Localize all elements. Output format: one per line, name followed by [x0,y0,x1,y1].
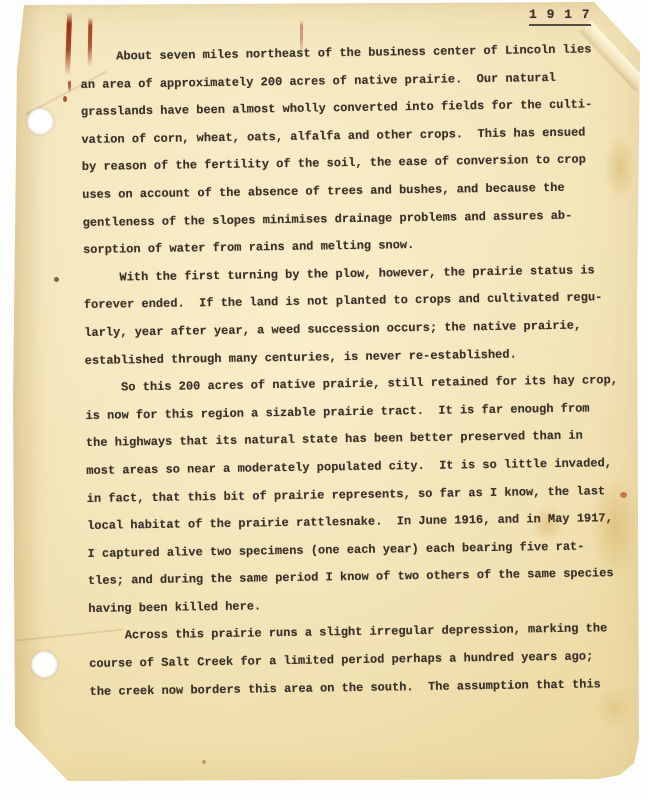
paper-sheet: 1 9 1 7 About seven miles northeast of t… [0,0,648,800]
typed-paragraph: With the first turning by the plow, howe… [83,257,633,375]
ink-speck [63,96,67,102]
punch-hole [31,651,58,678]
ink-speck [202,760,206,764]
red-ink-mark [68,80,71,92]
scanned-page-background: 1 9 1 7 About seven miles northeast of t… [0,0,648,800]
typed-paragraph: About seven miles northeast of the busin… [80,36,631,265]
year-heading: 1 9 1 7 [529,7,591,26]
punch-hole [27,108,54,135]
typed-paragraph: Across this prairie runs a slight irregu… [89,615,638,706]
typed-paragraph: So this 200 acres of native prairie, sti… [85,367,637,623]
red-ink-mark [65,12,72,76]
ink-speck [54,277,59,282]
typed-text-block: About seven miles northeast of the busin… [80,36,638,706]
